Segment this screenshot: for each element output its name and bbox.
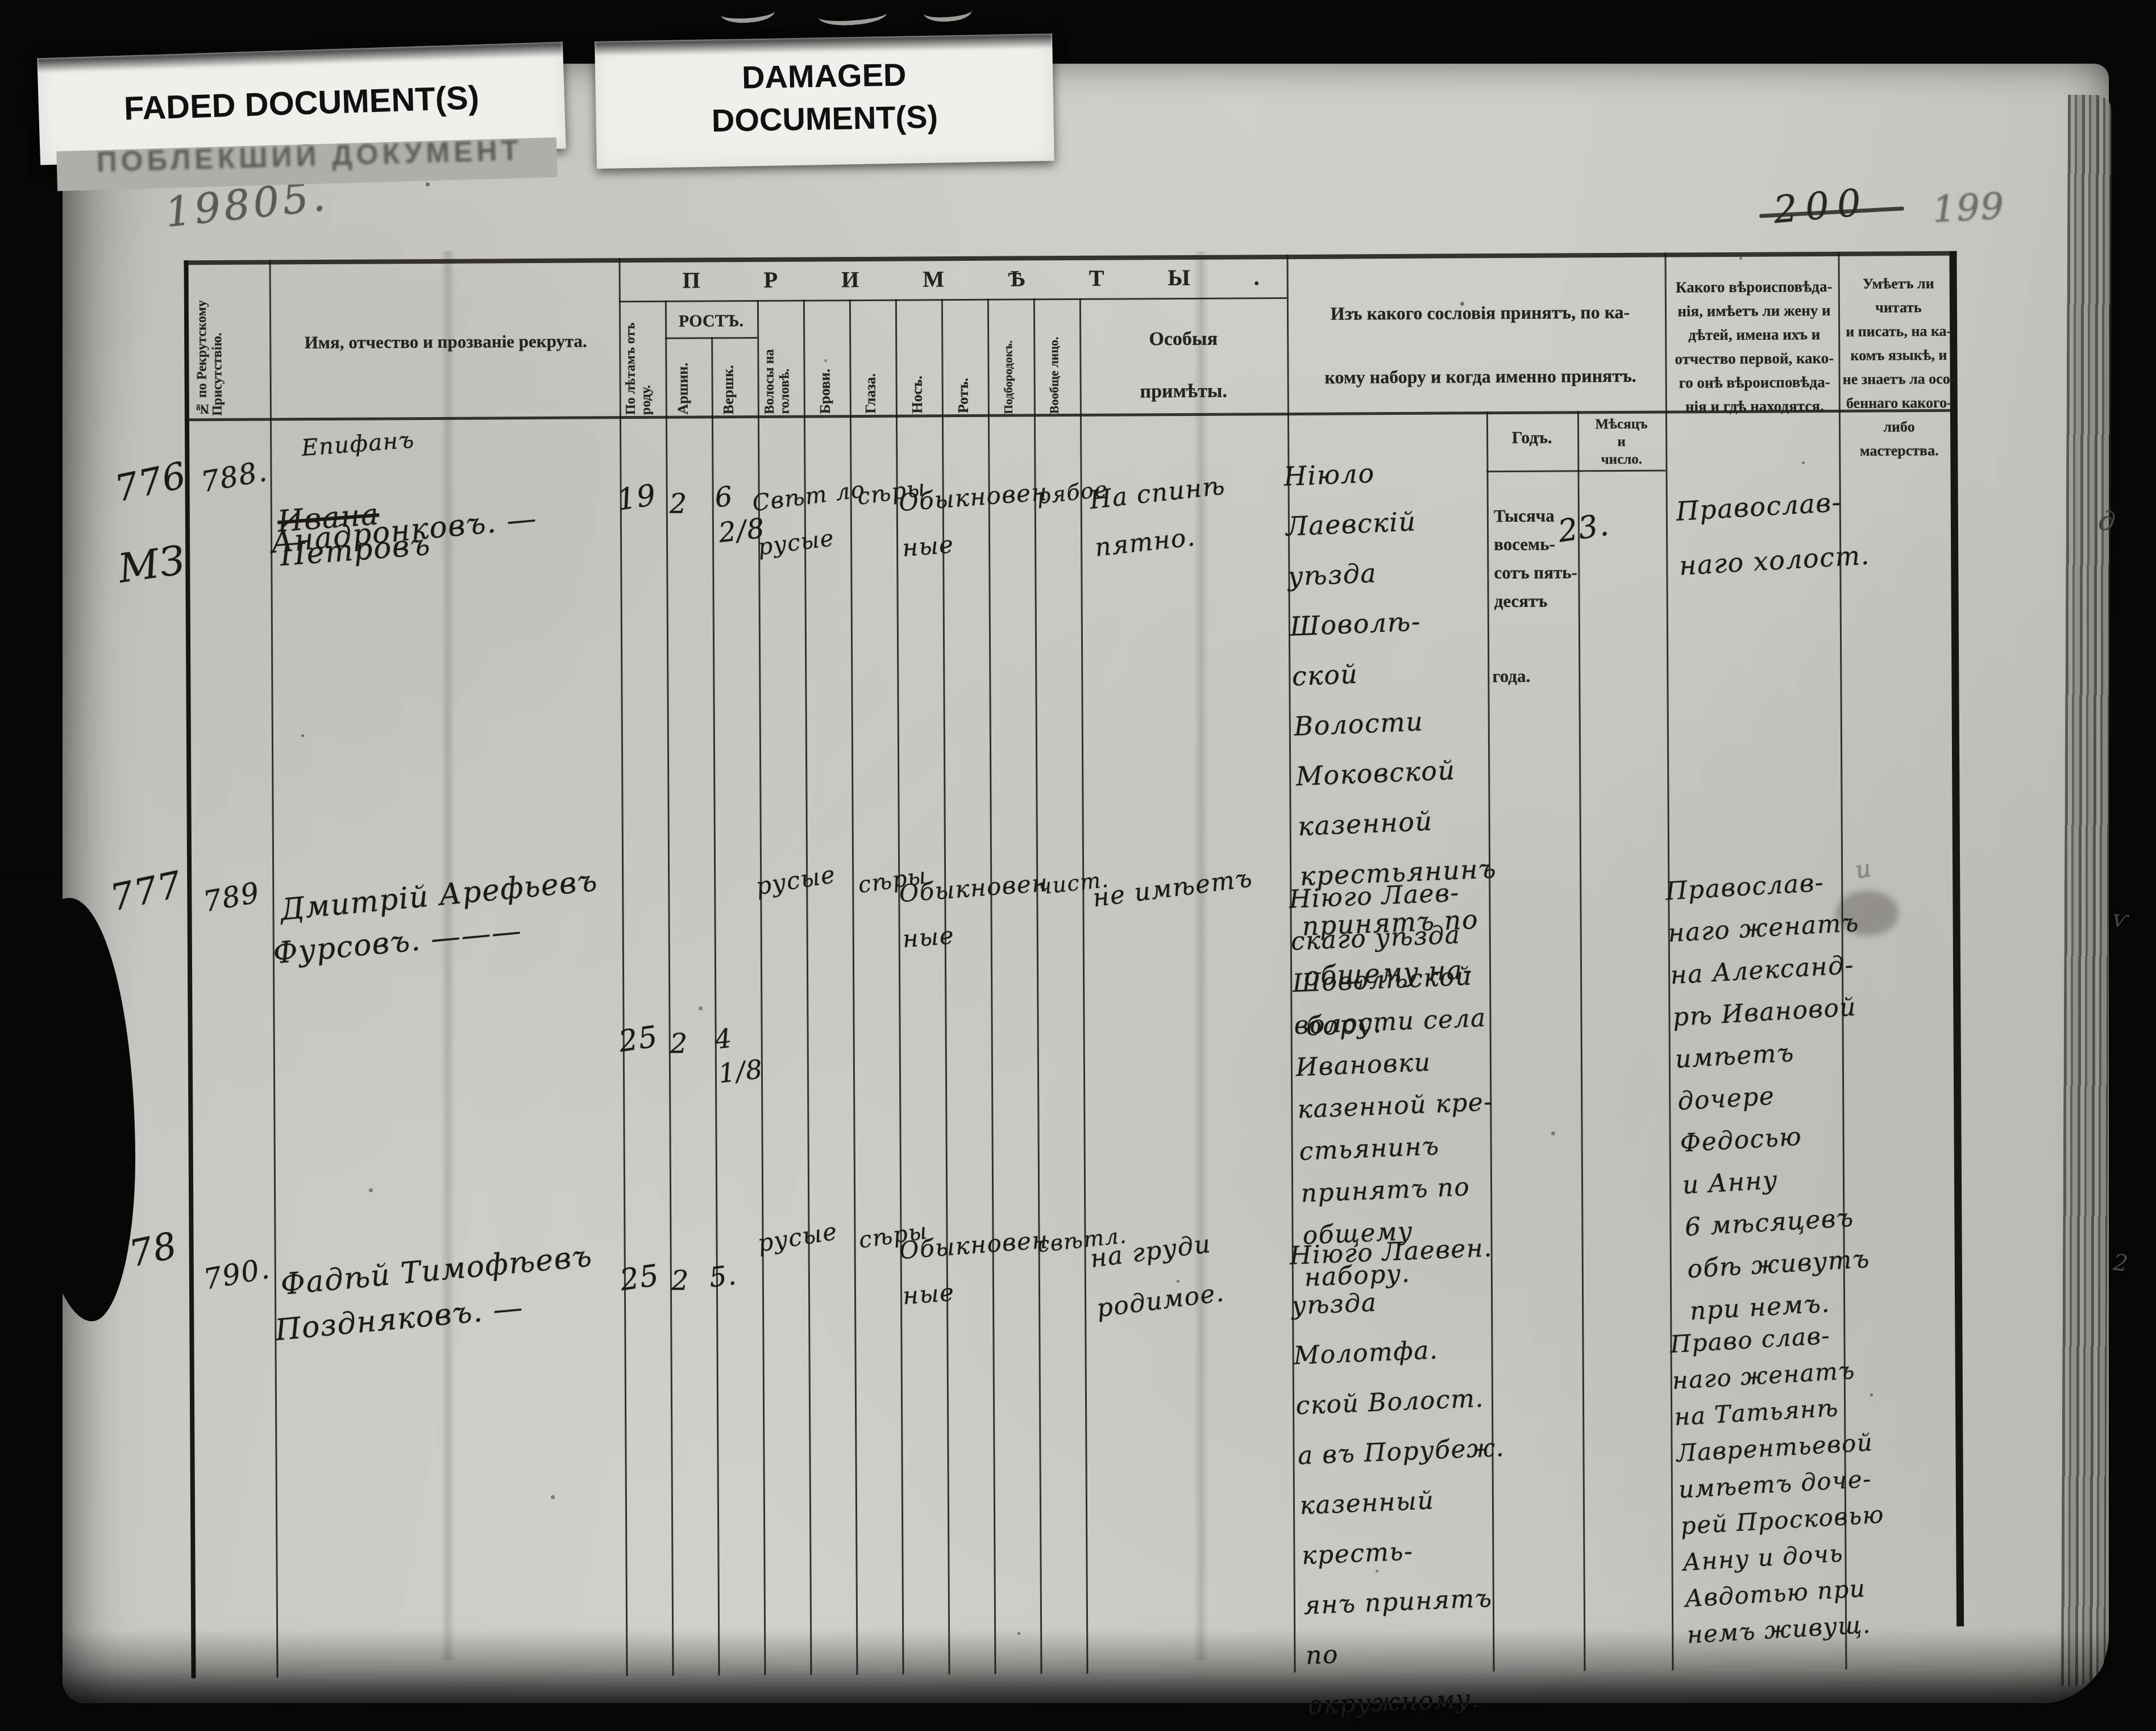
column-header-arshin: Аршин. — [674, 343, 691, 415]
hair-value: русые — [755, 1217, 839, 1257]
column-header-mouth: Ротъ. — [954, 302, 971, 413]
name-inserted-above: Епифанъ — [301, 427, 416, 461]
section-header-primety: ПРИМѢТЫ. — [619, 264, 1287, 294]
column-header-brows: Брови. — [816, 302, 833, 414]
arshin-value: 2 — [671, 1265, 689, 1297]
page-bottom-shadow — [63, 1629, 2109, 1703]
table-line — [184, 260, 196, 1678]
religion-entry: Православ- наго женатъ на Александ- рѣ И… — [1664, 859, 1895, 1333]
recruit-table: № по Рекрутскому Присутствію. Имя, отчес… — [184, 251, 1964, 1678]
hair-value: русые — [754, 860, 837, 900]
column-header-special-marks: Особыя примѣты. — [1079, 313, 1287, 418]
special-marks-value: не имѣетъ — [1091, 860, 1286, 913]
column-header-name: Имя, отчество и прозваніе рекрута. — [275, 331, 616, 353]
column-header-vershok: Вершк. — [720, 343, 737, 414]
column-header-estate: Изъ какого сословія принятъ, по ка- кому… — [1293, 280, 1668, 409]
subheader-year: Годъ. — [1486, 428, 1577, 448]
subheader-month-day: Мѣсяцъ и число. — [1577, 415, 1665, 469]
recruit-name-line1: Фадѣй Тимофѣевъ — [279, 1239, 594, 1303]
table-line — [1486, 470, 1665, 473]
religion-entry: Православ- наго холост. — [1675, 472, 1885, 593]
special-marks-value: На спинѣ пятно. — [1087, 456, 1284, 572]
column-header-eyes: Глаза. — [862, 302, 879, 414]
table-line — [619, 297, 1287, 302]
damaged-document-label: DAMAGED DOCUMENT(S) — [595, 34, 1054, 169]
column-header-age: По лѣтамъ отъ роду. — [623, 303, 654, 415]
year-note-suffix: года. — [1492, 666, 1530, 686]
edge-mark: ѵ — [2111, 904, 2130, 933]
cropped-writing-fragment — [720, 2, 775, 25]
ink-blot — [0, 875, 63, 1364]
document-page: 19805. 200 199 776 МЗ 777 778 № по — [63, 64, 2109, 1703]
old-page-number: 200 — [1772, 180, 1871, 232]
edge-mark: д — [2096, 505, 2118, 538]
column-header-chin: Подбородокъ. — [1002, 301, 1016, 414]
table-line — [711, 337, 720, 1675]
age-value: 19 — [615, 478, 659, 517]
arshin-value: 2 — [670, 1028, 688, 1060]
edge-mark: 2 — [2112, 1250, 2130, 1278]
column-header-literacy: Умѣетъ ли читать и писать, на ка- комъ я… — [1842, 272, 1956, 463]
table-line — [618, 258, 628, 1676]
recruit-number: 790. — [201, 1252, 273, 1296]
column-header-recruit-number: № по Рекрутскому Присутствію. — [194, 267, 226, 416]
book-page-edges — [2061, 95, 2112, 1686]
margin-note: МЗ — [115, 536, 189, 592]
recruit-number: 788. — [198, 455, 270, 499]
recruit-number: 789 — [201, 876, 263, 918]
month-day-value: 23. — [1556, 506, 1612, 549]
cropped-writing-fragment — [818, 3, 887, 27]
hair-value: Свѣт ло русые — [750, 467, 874, 569]
age-value: 25 — [618, 1258, 662, 1297]
margin-number: 777 — [107, 864, 186, 920]
damaged-label-line2: DOCUMENT(S) — [596, 93, 1054, 145]
vershok-value: 5. — [708, 1259, 739, 1294]
arshin-value: 2 — [670, 488, 688, 520]
column-header-hair: Волосы на головѣ. — [762, 303, 793, 414]
column-header-religion: Какого вѣроисповѣда- нія, имѣетъ ли жену… — [1672, 274, 1837, 419]
cropped-writing-fragment — [923, 1, 973, 23]
recruit-name-line1: Дмитрій Арефьевъ — [279, 864, 599, 927]
column-header-rost: РОСТЪ. — [665, 311, 757, 331]
column-header-nose: Носъ. — [908, 302, 925, 413]
column-header-face: Вообще лицо. — [1047, 300, 1062, 414]
age-value: 25 — [617, 1020, 660, 1059]
margin-number: 776 — [111, 455, 190, 511]
new-page-number: 199 — [1931, 186, 2005, 232]
vershok-value: 4 1/8 — [713, 1018, 766, 1091]
religion-entry: Право слав- наго женатъ на Татьянѣ Лавре… — [1669, 1315, 1893, 1654]
table-line — [665, 337, 757, 339]
